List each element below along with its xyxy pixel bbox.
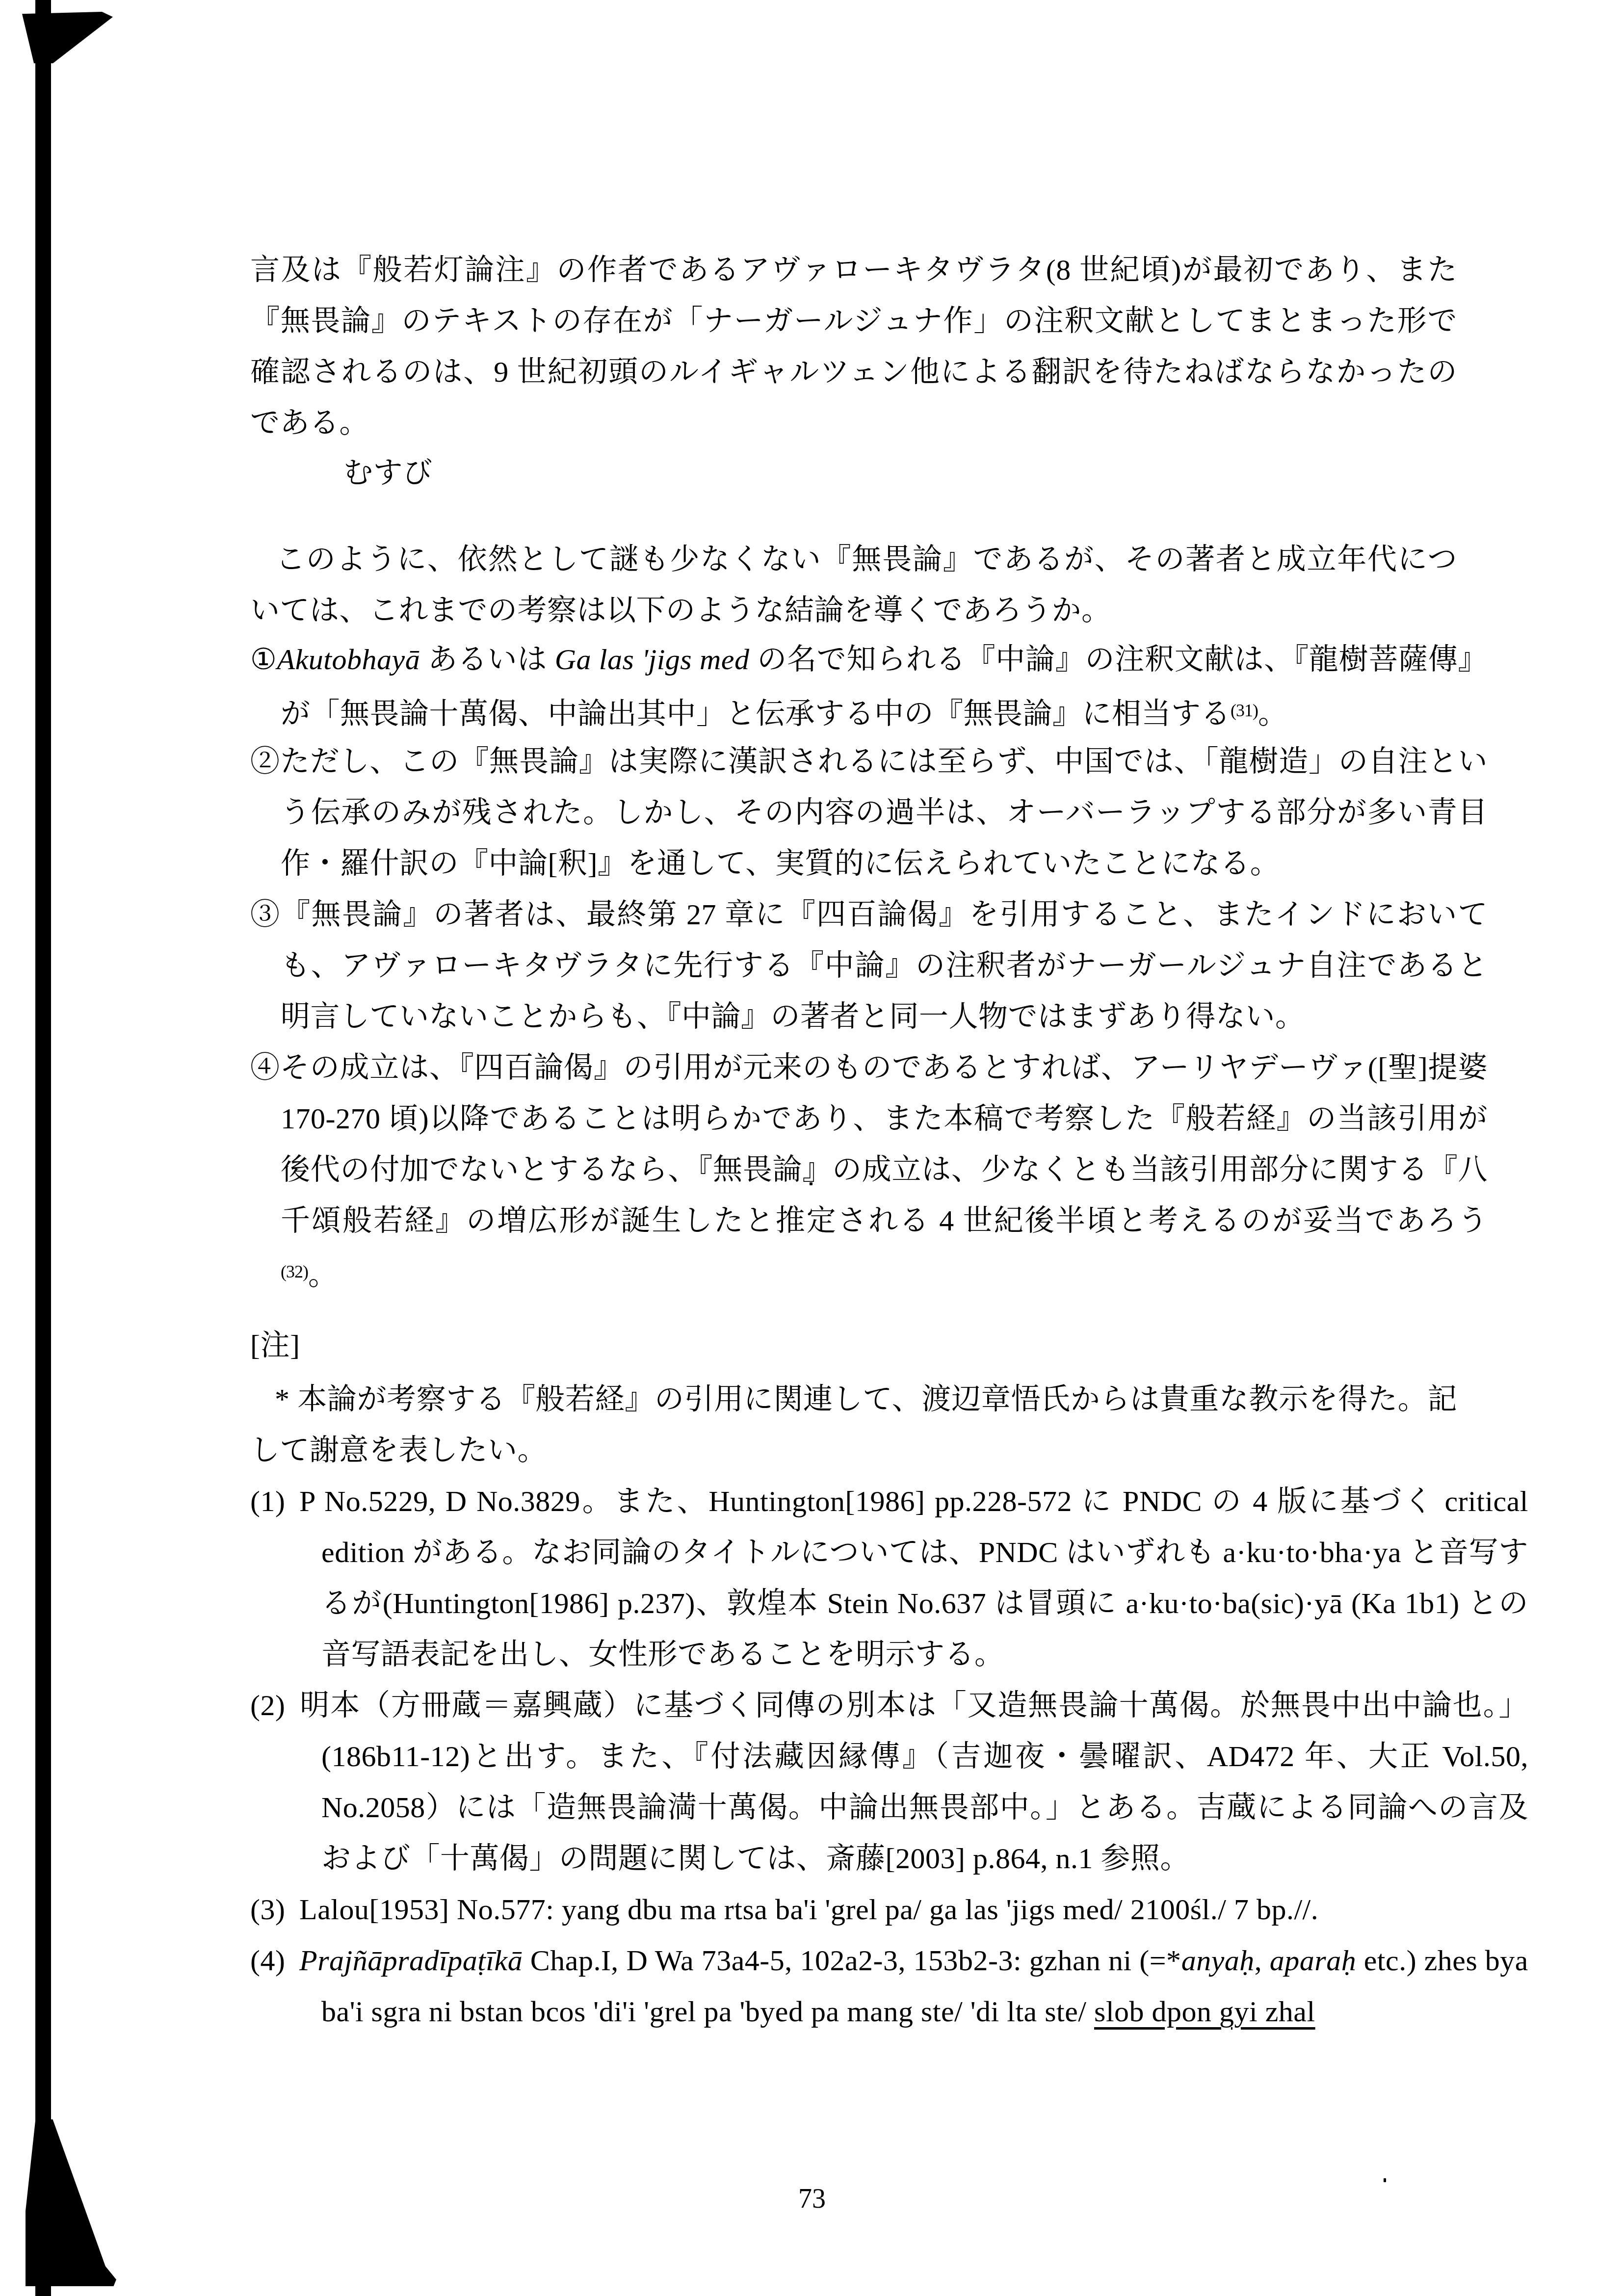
- footnote-4-text: Prajñāpradīpaṭīkā Chap.I, D Wa 73a4-5, 1…: [299, 1944, 1528, 2028]
- footnote-2-label: (2): [250, 1680, 299, 1731]
- footnote-2: (2)明本（方冊蔵＝嘉興蔵）に基づく同傳の別本は「又造無畏論十萬偈。於無畏中出中…: [250, 1680, 1528, 1884]
- conclusion-item-4: ④その成立は、『四百論偈』の引用が元来のものであるとすれば、アーリヤデーヴァ([…: [250, 1042, 1488, 1301]
- scan-artifact-left-band: [35, 0, 51, 2296]
- footnote-2-text: 明本（方冊蔵＝嘉興蔵）に基づく同傳の別本は「又造無畏論十萬偈。於無畏中出中論也。…: [299, 1689, 1528, 1875]
- scanned-document-page: 言及は『般若灯論注』の作者であるアヴァローキタヴラタ(8 世紀頃)が最初であり、…: [0, 0, 1624, 2296]
- footnote-3-text: Lalou[1953] No.577: yang dbu ma rtsa ba'…: [299, 1893, 1318, 1926]
- footnote-4-label: (4): [250, 1935, 299, 1986]
- conclusion-item-2: ②ただし、この『無畏論』は実際に漢訳されるには至らず、中国では、「龍樹造」の自注…: [250, 736, 1488, 889]
- paragraph-continuation: 言及は『般若灯論注』の作者であるアヴァローキタヴラタ(8 世紀頃)が最初であり、…: [250, 244, 1457, 448]
- scan-artifact-top-wedge: [22, 12, 113, 63]
- footnote-1: (1)P No.5229, D No.3829。また、Huntington[19…: [250, 1476, 1528, 1680]
- scan-speck: [1384, 2178, 1386, 2182]
- footnote-1-label: (1): [250, 1476, 299, 1527]
- section-heading: むすび: [343, 447, 433, 498]
- footnote-3-label: (3): [250, 1884, 299, 1935]
- footnote-3: (3)Lalou[1953] No.577: yang dbu ma rtsa …: [250, 1884, 1528, 1935]
- paragraph-intro: このように、依然として謎も少なくない『無畏論』であるが、その著者と成立年代につい…: [250, 534, 1457, 636]
- footnote-1-text: P No.5229, D No.3829。また、Huntington[1986]…: [299, 1485, 1528, 1670]
- notes-section-label: [注]: [250, 1320, 1457, 1371]
- conclusion-item-1: ①Akutobhayā あるいは Ga las 'jigs med の名で知られ…: [250, 634, 1488, 739]
- page-number: 73: [0, 2184, 1624, 2214]
- acknowledgement-note: * 本論が考察する『般若経』の引用に関連して、渡辺章悟氏からは貴重な教示を得た。…: [250, 1374, 1457, 1476]
- footnote-4: (4)Prajñāpradīpaṭīkā Chap.I, D Wa 73a4-5…: [250, 1935, 1528, 2037]
- conclusion-item-3: ③『無畏論』の著者は、最終第 27 章に『四百論偈』を引用すること、またインドに…: [250, 889, 1488, 1042]
